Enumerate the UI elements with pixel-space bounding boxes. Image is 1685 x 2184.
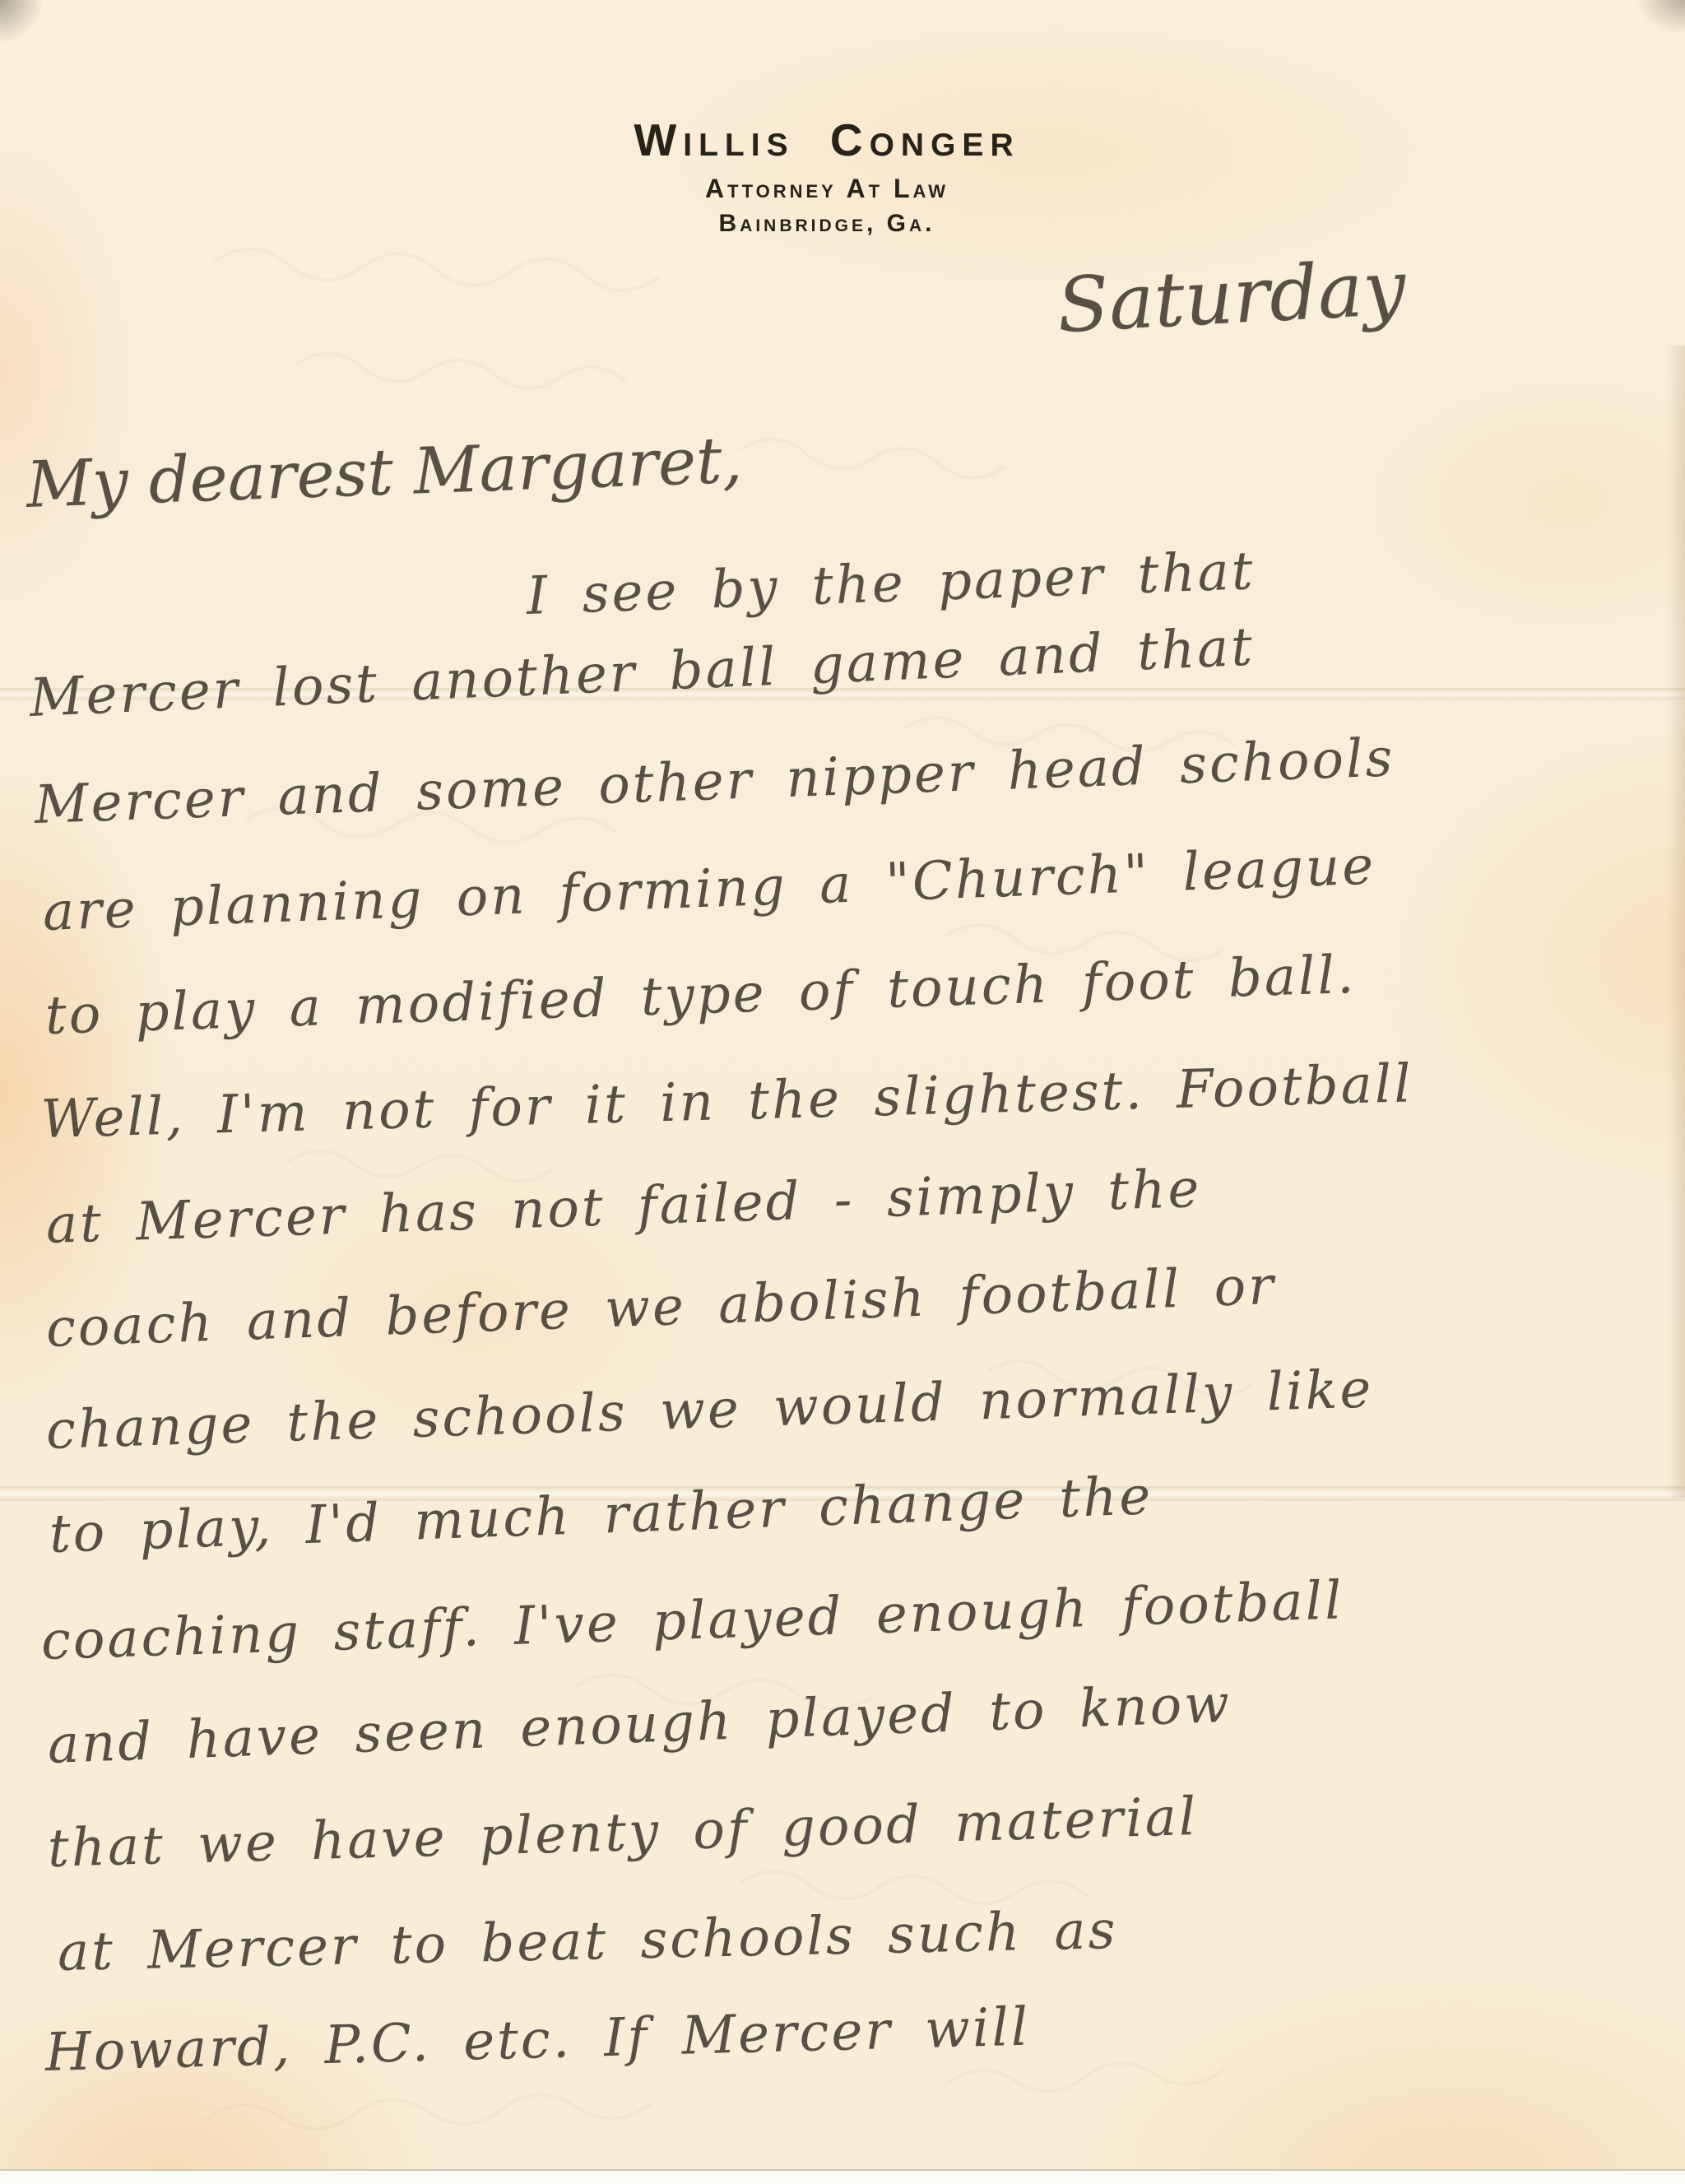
date-line: Saturday	[1055, 244, 1408, 350]
salutation: My dearest Margaret,	[25, 424, 743, 523]
body-line-3: Mercer and some other nipper head school…	[34, 727, 1396, 836]
body-line-12: and have seen enough played to know	[47, 1674, 1233, 1776]
letterhead-location: Bainbridge, Ga.	[0, 210, 1654, 238]
letter-page: Willis Conger Attorney at Law Bainbridge…	[0, 0, 1685, 2184]
body-line-8: coach and before we abolish football or	[45, 1256, 1277, 1359]
body-line-2: Mercer lost another ball game and that	[28, 617, 1256, 729]
scan-bottom-edge	[0, 2169, 1685, 2184]
body-line-4: are planning on forming a "Church" leagu…	[42, 835, 1377, 943]
body-line-1: I see by the paper that	[526, 541, 1256, 627]
body-line-14: at Mercer to beat schools such as	[57, 1900, 1118, 1983]
body-line-6: Well, I'm not for it in the slightest. F…	[40, 1053, 1414, 1150]
paper-right-edge-shadow	[1667, 346, 1685, 1498]
letterhead: Willis Conger Attorney at Law Bainbridge…	[0, 114, 1654, 238]
body-line-5: to play a modified type of touch foot ba…	[44, 945, 1357, 1047]
letterhead-title: Attorney at Law	[0, 174, 1654, 204]
body-line-15: Howard, P.C. etc. If Mercer will	[44, 1997, 1031, 2084]
body-line-11: coaching staff. I've played enough footb…	[40, 1570, 1345, 1672]
body-line-10: to play, I'd much rather change the	[49, 1466, 1154, 1565]
letterhead-name: Willis Conger	[0, 114, 1654, 166]
body-line-13: that we have plenty of good material	[47, 1787, 1199, 1880]
body-line-9: change the schools we would normally lik…	[45, 1359, 1374, 1461]
body-line-7: at Mercer has not failed - simply the	[45, 1159, 1203, 1256]
